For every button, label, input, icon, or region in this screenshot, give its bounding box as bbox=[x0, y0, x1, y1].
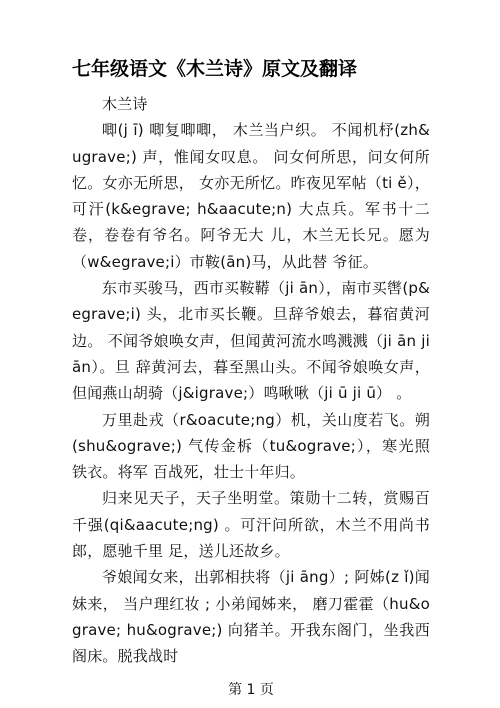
paragraph-stanza-5: 爷娘闻女来，出郭相扶将（ji āng）; 阿姊(z ǐ)闻妹来， 当户理红妆 ;… bbox=[72, 564, 430, 669]
paragraph-stanza-2: 东市买骏马，西市买鞍鞯（ji ān），南市买辔(p&egrave;i) 头，北市… bbox=[72, 275, 430, 406]
paragraph-stanza-3: 万里赴戎（r&oacute;ng）机，关山度若飞。朔(shu&ograve;) … bbox=[72, 407, 430, 486]
page-title: 七年级语文《木兰诗》原文及翻译 bbox=[72, 55, 430, 83]
paragraph-poem-title: 木兰诗 bbox=[72, 91, 430, 117]
page-number: 第 1 页 bbox=[72, 678, 430, 702]
paragraph-stanza-1: 唧(j ī) 唧复唧唧， 木兰当户织。 不闻机杼(zh&ugrave;) 声，惟… bbox=[72, 117, 430, 275]
document-page: 七年级语文《木兰诗》原文及翻译 木兰诗 唧(j ī) 唧复唧唧， 木兰当户织。 … bbox=[0, 0, 500, 708]
document-body: 木兰诗 唧(j ī) 唧复唧唧， 木兰当户织。 不闻机杼(zh&ugrave;)… bbox=[72, 91, 430, 670]
paragraph-stanza-4: 归来见天子，天子坐明堂。策勋十二转，赏赐百千强(qi&aacute;ng) 。可… bbox=[72, 485, 430, 564]
